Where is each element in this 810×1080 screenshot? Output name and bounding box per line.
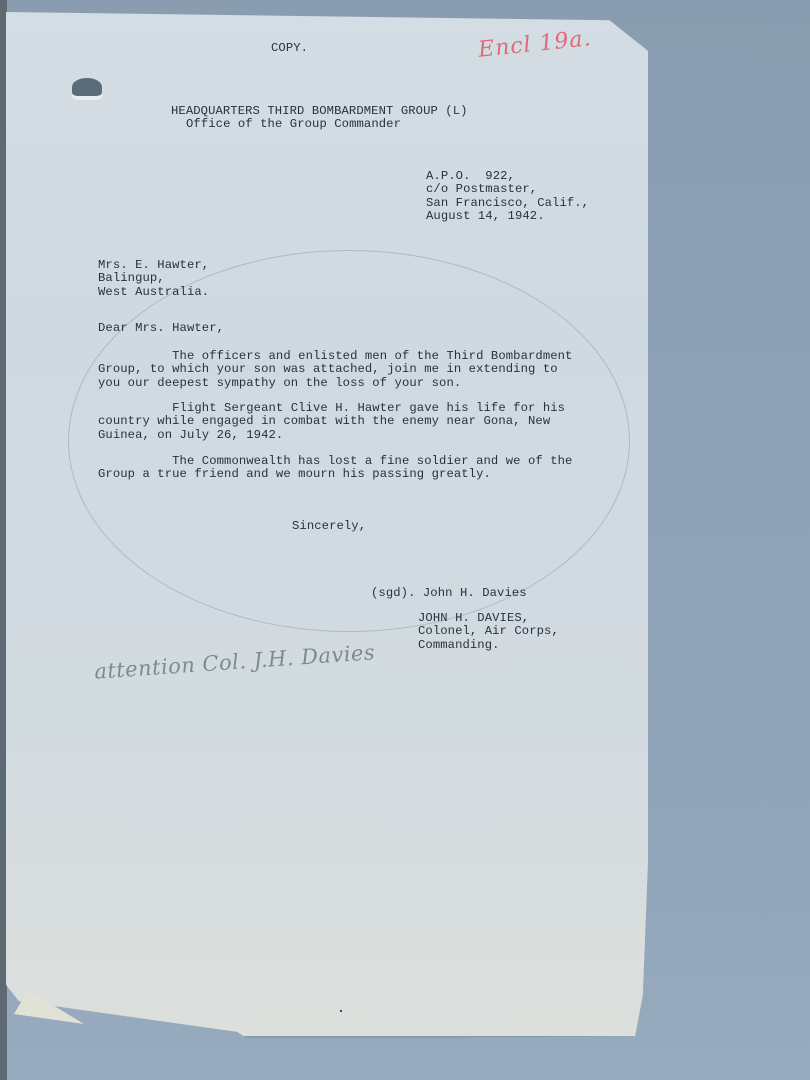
paragraph-3-line-2: Group a true friend and we mourn his pas… bbox=[98, 467, 491, 481]
recipient-town: Balingup, bbox=[98, 271, 165, 285]
sender-address: A.P.O. 922, c/o Postmaster, San Francisc… bbox=[426, 170, 589, 224]
letterhead-office: Office of the Group Commander bbox=[186, 118, 401, 131]
signatory-rank: Colonel, Air Corps, bbox=[418, 624, 559, 638]
paragraph-3: The Commonwealth has lost a fine soldier… bbox=[98, 455, 572, 482]
scanner-edge-strip bbox=[0, 0, 7, 1080]
signatory-role: Commanding. bbox=[418, 638, 500, 652]
punch-hole bbox=[72, 78, 102, 96]
address-line-2: c/o Postmaster, bbox=[426, 182, 537, 196]
recipient-state: West Australia. bbox=[98, 285, 209, 299]
paragraph-1-line-3: you our deepest sympathy on the loss of … bbox=[98, 376, 461, 390]
signed-line: (sgd). John H. Davies bbox=[371, 587, 527, 600]
copy-label: COPY. bbox=[271, 42, 308, 55]
address-line-1: A.P.O. 922, bbox=[426, 169, 515, 183]
paragraph-2-line-3: Guinea, on July 26, 1942. bbox=[98, 428, 283, 442]
letter-date: August 14, 1942. bbox=[426, 209, 545, 223]
paragraph-2: Flight Sergeant Clive H. Hawter gave his… bbox=[98, 402, 565, 442]
signature-block: JOHN H. DAVIES, Colonel, Air Corps, Comm… bbox=[418, 612, 559, 652]
paragraph-2-line-2: country while engaged in combat with the… bbox=[98, 414, 550, 428]
paragraph-2-line-1: Flight Sergeant Clive H. Hawter gave his… bbox=[98, 401, 565, 415]
salutation: Dear Mrs. Hawter, bbox=[98, 322, 224, 335]
paragraph-1: The officers and enlisted men of the Thi… bbox=[98, 350, 572, 390]
paragraph-1-line-1: The officers and enlisted men of the Thi… bbox=[98, 349, 572, 363]
address-line-3: San Francisco, Calif., bbox=[426, 196, 589, 210]
paragraph-3-line-1: The Commonwealth has lost a fine soldier… bbox=[98, 454, 572, 468]
paragraph-1-line-2: Group, to which your son was attached, j… bbox=[98, 362, 558, 376]
recipient-name: Mrs. E. Hawter, bbox=[98, 258, 209, 272]
recipient-address: Mrs. E. Hawter, Balingup, West Australia… bbox=[98, 259, 209, 299]
signatory-name: JOHN H. DAVIES, bbox=[418, 611, 529, 625]
paper-speck bbox=[340, 1010, 342, 1012]
closing: Sincerely, bbox=[292, 520, 366, 533]
